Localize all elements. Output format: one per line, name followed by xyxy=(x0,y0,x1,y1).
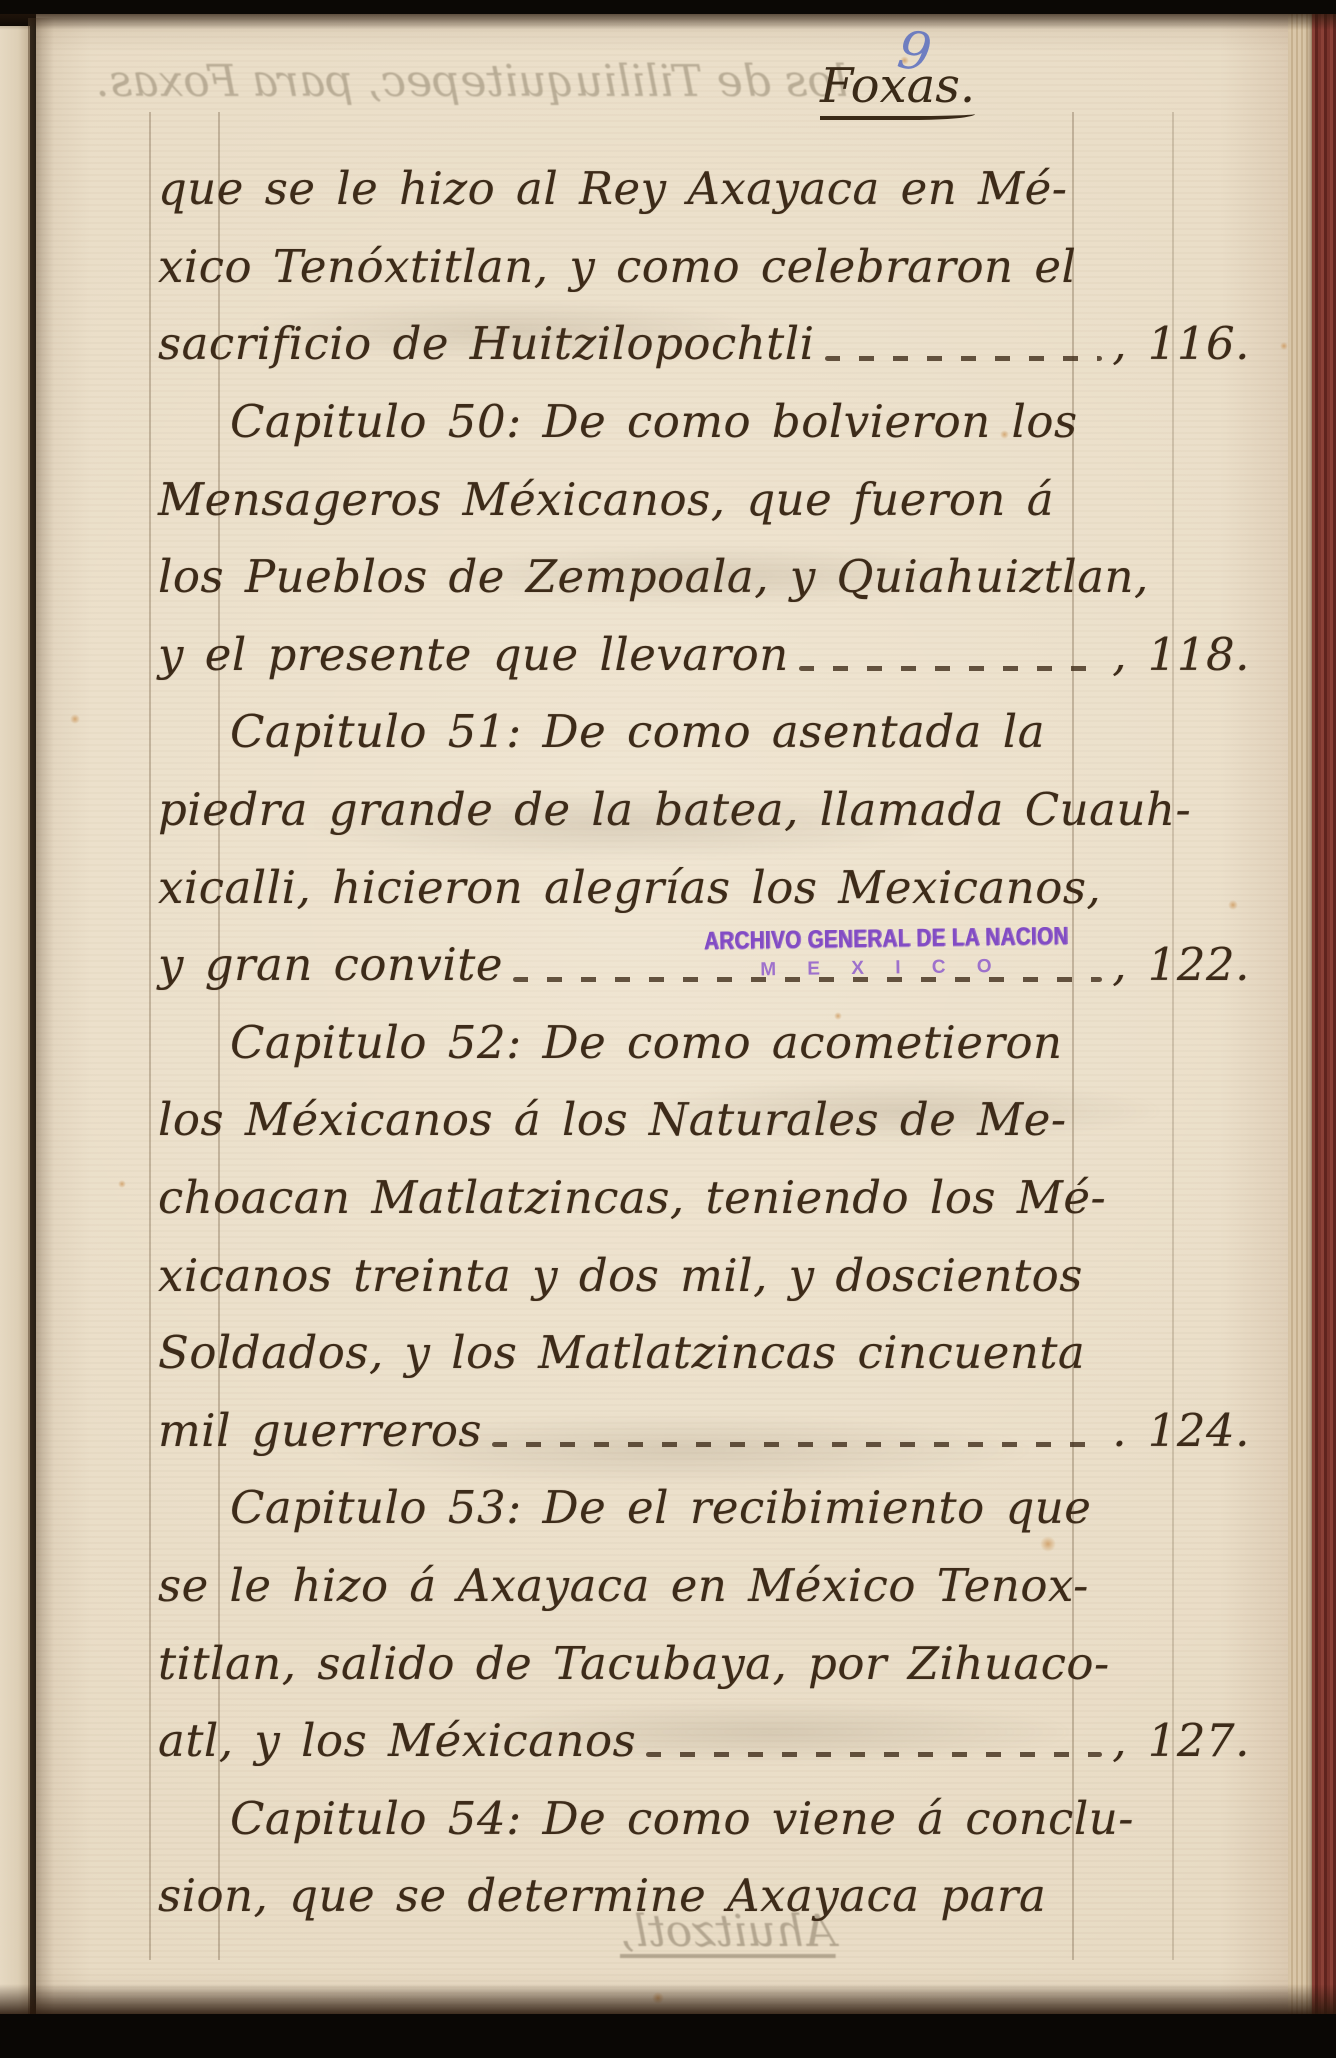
line-text: piedra grande de la batea, llamada Cuauh… xyxy=(158,783,1191,836)
bleedthrough-top-line: los de Tililiuquitepec, para Foxas. xyxy=(108,56,848,107)
page-number: . 124. xyxy=(1112,1404,1250,1457)
toc-line: xicalli, hicieron alegrías los Mexicanos… xyxy=(158,848,1250,926)
facing-page-edge xyxy=(0,26,30,2016)
toc-line: xicanos treinta y dos mil, y doscientos xyxy=(158,1236,1250,1314)
line-text: los Pueblos de Zempoala, y Quiahuiztlan, xyxy=(158,550,1149,603)
top-edge-fade xyxy=(0,14,1336,30)
line-text: sion, que se determine Axayaca para xyxy=(158,1869,1046,1922)
line-text: Mensageros Méxicanos, que fueron á xyxy=(158,473,1054,526)
toc-line: Capitulo 50: De como bolvieron los xyxy=(158,383,1250,461)
line-text: Capitulo 50: De como bolvieron los xyxy=(230,395,1078,448)
line-text: Soldados, y los Matlatzincas cincuenta xyxy=(158,1326,1085,1379)
dot-leader xyxy=(799,666,1102,671)
toc-line: Capitulo 51: De como asentada la xyxy=(158,693,1250,771)
page-number: , 118. xyxy=(1112,628,1250,681)
archive-stamp: ARCHIVO GENERAL DE LA NACION M E X I C O xyxy=(704,921,1149,982)
line-text: Capitulo 53: De el recibimiento que xyxy=(230,1481,1091,1534)
line-text: los Méxicanos á los Naturales de Me- xyxy=(158,1093,1067,1146)
margin-rule-left-outer xyxy=(149,112,151,1960)
page-number: , 116. xyxy=(1112,317,1250,370)
manuscript-page: los de Tililiuquitepec, para Foxas. Ahui… xyxy=(0,0,1336,2058)
line-text: y el presente que llevaron xyxy=(158,628,789,681)
line-text: titlan, salido de Tacubaya, por Zihuaco- xyxy=(158,1637,1110,1690)
toc-lines: que se le hizo al Rey Axayaca en Mé- xic… xyxy=(158,150,1250,1935)
foxing-spot xyxy=(1280,342,1288,350)
line-text: mil guerreros xyxy=(158,1404,482,1457)
bottom-scan-border xyxy=(0,2014,1336,2058)
toc-line: los Méxicanos á los Naturales de Me- xyxy=(158,1081,1250,1159)
line-text: xicalli, hicieron alegrías los Mexicanos… xyxy=(158,861,1101,914)
toc-line: y el presente que llevaron , 118. xyxy=(158,616,1250,694)
line-text: choacan Matlatzincas, teniendo los Mé- xyxy=(158,1171,1106,1224)
toc-line: titlan, salido de Tacubaya, por Zihuaco- xyxy=(158,1624,1250,1702)
toc-line: que se le hizo al Rey Axayaca en Mé- xyxy=(158,150,1250,228)
line-text: Capitulo 51: De como asentada la xyxy=(230,705,1045,758)
dot-leader xyxy=(492,1442,1102,1447)
toc-line: piedra grande de la batea, llamada Cuauh… xyxy=(158,771,1250,849)
toc-line: los Pueblos de Zempoala, y Quiahuiztlan, xyxy=(158,538,1250,616)
line-text: xico Tenóxtitlan, y como celebraron el xyxy=(158,240,1076,293)
stamp-line-1: ARCHIVO GENERAL DE LA NACION xyxy=(704,922,1069,956)
toc-line: atl, y los Méxicanos , 127. xyxy=(158,1702,1250,1780)
toc-line: Capitulo 53: De el recibimiento que xyxy=(158,1469,1250,1547)
foxing-spot xyxy=(118,1180,126,1188)
foxing-spot xyxy=(70,714,80,724)
foxas-header: Foxas. xyxy=(820,58,975,120)
dot-leader xyxy=(646,1752,1102,1757)
toc-line: Capitulo 52: De como acometieron xyxy=(158,1004,1250,1082)
line-text: y gran convite xyxy=(158,938,503,991)
bottom-edge-fade xyxy=(0,1984,1336,2018)
fore-edge-page-stack xyxy=(1288,12,1314,2016)
toc-line: xico Tenóxtitlan, y como celebraron el xyxy=(158,228,1250,306)
line-text: sacrificio de Huitzilopochtli xyxy=(158,317,815,370)
gutter-shadow xyxy=(28,18,54,2022)
line-text: se le hizo á Axayaca en México Tenox- xyxy=(158,1559,1089,1612)
toc-line: se le hizo á Axayaca en México Tenox- xyxy=(158,1547,1250,1625)
toc-line: Capitulo 54: De como viene á conclu- xyxy=(158,1779,1250,1857)
book-cover-edge xyxy=(1312,6,1336,2052)
toc-line: choacan Matlatzincas, teniendo los Mé- xyxy=(158,1159,1250,1237)
line-text: Capitulo 52: De como acometieron xyxy=(230,1016,1063,1069)
toc-line: Mensageros Méxicanos, que fueron á xyxy=(158,460,1250,538)
line-text: que se le hizo al Rey Axayaca en Mé- xyxy=(158,162,1067,215)
line-text: xicanos treinta y dos mil, y doscientos xyxy=(158,1249,1083,1302)
toc-line: mil guerreros . 124. xyxy=(158,1392,1250,1470)
toc-line: sion, que se determine Axayaca para xyxy=(158,1857,1250,1935)
dot-leader xyxy=(825,356,1103,361)
page-number: , 127. xyxy=(1112,1714,1250,1767)
line-text: Capitulo 54: De como viene á conclu- xyxy=(230,1792,1134,1845)
toc-line: Soldados, y los Matlatzincas cincuenta xyxy=(158,1314,1250,1392)
toc-line: sacrificio de Huitzilopochtli , 116. xyxy=(158,305,1250,383)
top-scan-border xyxy=(0,0,1336,14)
line-text: atl, y los Méxicanos xyxy=(158,1714,636,1767)
